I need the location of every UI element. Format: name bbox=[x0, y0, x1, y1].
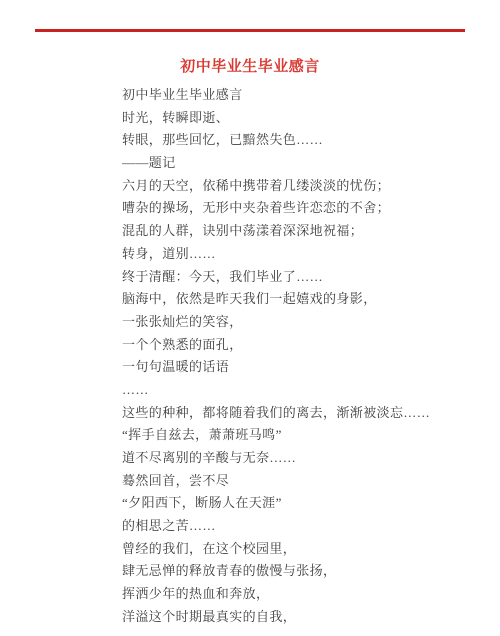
document-body: 初中毕业生毕业感言时光，转瞬即逝、转眼，那些回忆，已黯然失色……——题记六月的天… bbox=[122, 84, 482, 629]
text-line: 一句句温暖的话语 bbox=[122, 356, 482, 379]
text-line: 脑海中，依然是昨天我们一起嬉戏的身影， bbox=[122, 288, 482, 311]
text-line: 转身，道别…… bbox=[122, 243, 482, 266]
text-line: ——题记 bbox=[122, 152, 482, 175]
text-line: 洋溢这个时期最真实的自我， bbox=[122, 606, 482, 629]
text-line: 这些的种种，都将随着我们的离去，渐渐被淡忘…… bbox=[122, 402, 482, 425]
text-line: 蓦然回首，尝不尽 bbox=[122, 470, 482, 493]
text-line: 转眼，那些回忆，已黯然失色…… bbox=[122, 129, 482, 152]
text-line: 的相思之苦…… bbox=[122, 515, 482, 538]
text-line: 混乱的人群，诀别中荡漾着深深地祝福； bbox=[122, 220, 482, 243]
text-line: 挥洒少年的热血和奔放， bbox=[122, 583, 482, 606]
document-title: 初中毕业生毕业感言 bbox=[0, 55, 500, 76]
text-line: 终于清醒：今天，我们毕业了…… bbox=[122, 266, 482, 289]
text-line: 初中毕业生毕业感言 bbox=[122, 84, 482, 107]
text-line: 曾经的我们，在这个校园里， bbox=[122, 538, 482, 561]
text-line: 一张张灿烂的笑容， bbox=[122, 311, 482, 334]
top-divider-line bbox=[35, 29, 465, 32]
text-line: “挥手自兹去，萧萧班马鸣” bbox=[122, 424, 482, 447]
text-line: 六月的天空，依稀中携带着几缕淡淡的忧伤； bbox=[122, 175, 482, 198]
text-line: 嘈杂的操场，无形中夹杂着些许恋恋的不舍； bbox=[122, 197, 482, 220]
document-page: 初中毕业生毕业感言 初中毕业生毕业感言时光，转瞬即逝、转眼，那些回忆，已黯然失色… bbox=[0, 0, 500, 636]
text-line: 时光，转瞬即逝、 bbox=[122, 107, 482, 130]
text-line: 道不尽离别的辛酸与无奈…… bbox=[122, 447, 482, 470]
text-line: 一个个熟悉的面孔， bbox=[122, 334, 482, 357]
text-line: …… bbox=[122, 379, 482, 402]
text-line: 肆无忌惮的释放青春的傲慢与张扬， bbox=[122, 560, 482, 583]
text-line: “夕阳西下，断肠人在天涯” bbox=[122, 492, 482, 515]
